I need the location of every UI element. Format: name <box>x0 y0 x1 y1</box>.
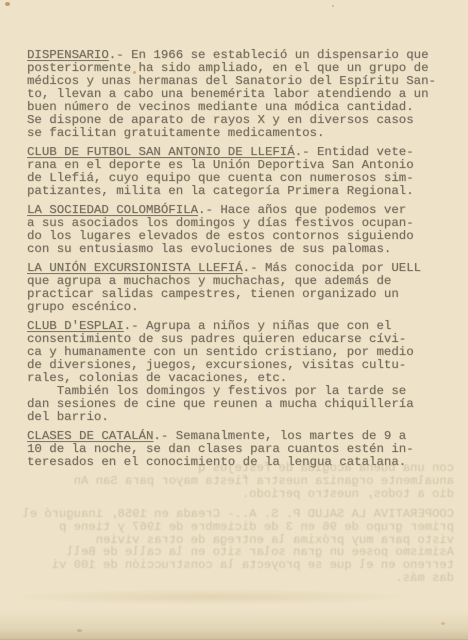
heading-separator: .- <box>198 203 213 217</box>
section-dispensario: DISPENSARIO.- En 1966 se estableció un d… <box>27 49 451 140</box>
scan-edge-shadow <box>0 610 468 640</box>
section-sociedad-colombofila: LA SOCIEDAD COLOMBÓFILA.- Hace años que … <box>27 204 451 256</box>
heading-separator: .- <box>124 319 139 333</box>
paper-speck <box>332 5 334 7</box>
bleedthrough-text: con una buena acogida de festejos q anua… <box>0 462 454 585</box>
heading-separator: .- <box>153 429 168 443</box>
heading-separator: .- <box>243 261 258 275</box>
heading-separator: .- <box>295 145 310 159</box>
section-union-excursionista: LA UNIÓN EXCURSIONISTA LLEFIÁ.- Más cono… <box>27 262 451 314</box>
paper-crease <box>0 586 468 608</box>
paper-speck <box>441 622 445 625</box>
bleedthrough-lines-lower: COOPERATIVA LA SALUD P. S. A..- Creada e… <box>0 508 454 585</box>
section-club-futbol: CLUB DE FUTBOL SAN ANTONIO DE LLEFIÁ.- E… <box>27 146 451 198</box>
section-heading: CLUB D'ESPLAI <box>27 319 124 333</box>
section-heading: LA UNIÓN EXCURSIONISTA LLEFIÁ <box>27 261 243 275</box>
section-body: Agrupa a niños y niñas que con el consen… <box>27 319 414 424</box>
paper-speck <box>5 2 10 6</box>
section-clases-catalan: CLASES DE CATALÁN.- Semanalmente, los ma… <box>27 430 451 469</box>
typewritten-text-block: DISPENSARIO.- En 1966 se estableció un d… <box>27 49 451 475</box>
section-heading: DISPENSARIO <box>27 48 109 62</box>
section-heading: CLASES DE CATALÁN <box>27 429 153 443</box>
heading-separator: .- <box>109 48 124 62</box>
section-heading: LA SOCIEDAD COLOMBÓFILA <box>27 203 198 217</box>
section-body: En 1966 se estableció un dispensario que… <box>27 48 436 140</box>
paper-speck <box>77 629 82 632</box>
section-heading: CLUB DE FUTBOL SAN ANTONIO DE LLEFIÁ <box>27 145 295 159</box>
section-club-esplai: CLUB D'ESPLAI.- Agrupa a niños y niñas q… <box>27 320 451 424</box>
document-page: DISPENSARIO.- En 1966 se estableció un d… <box>0 0 468 640</box>
